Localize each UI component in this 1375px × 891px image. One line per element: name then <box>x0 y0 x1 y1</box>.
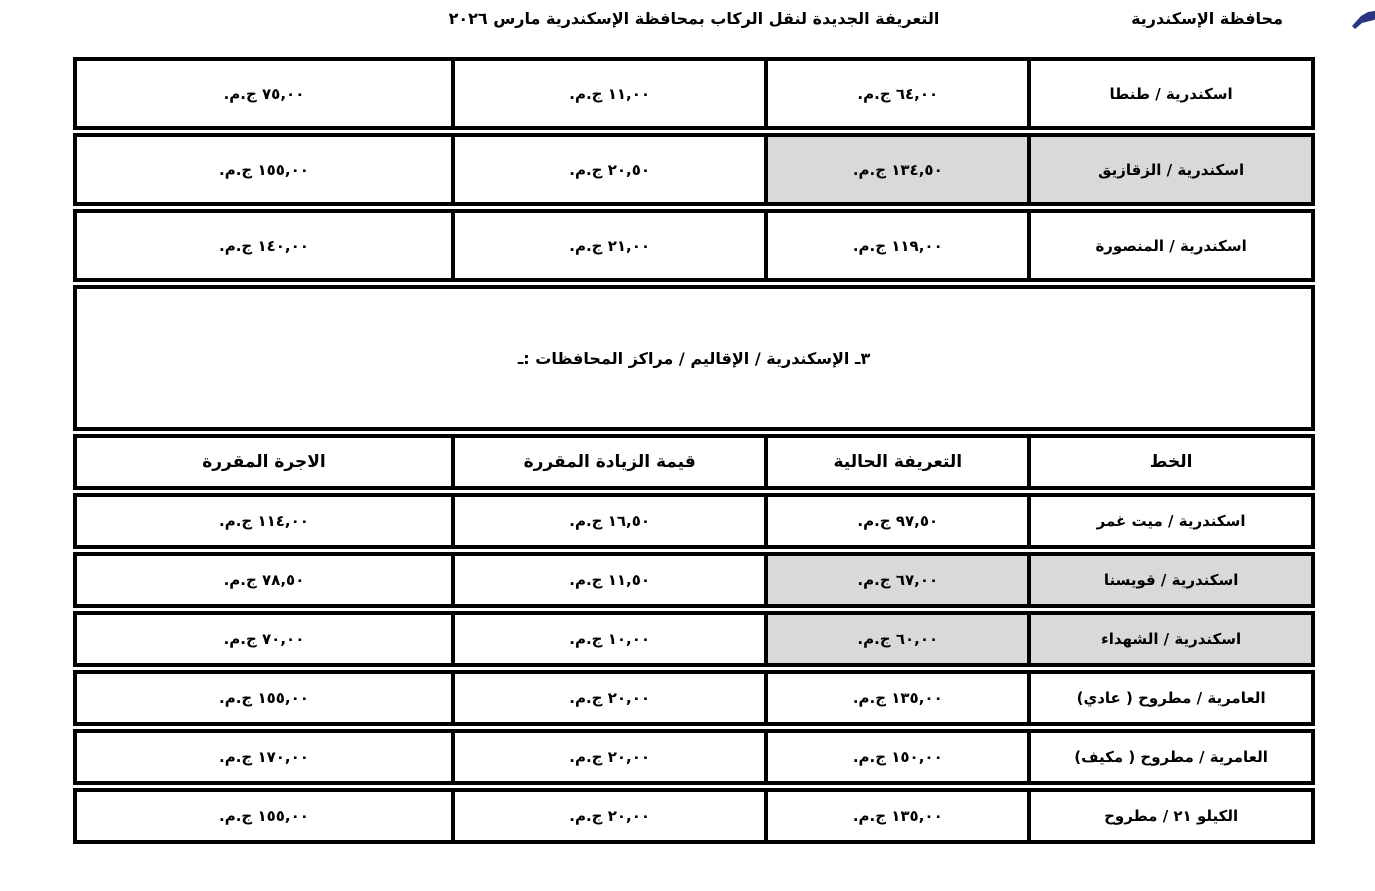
increase-cell: ١١,٠٠ ج.م. <box>451 61 764 126</box>
table-row: الكيلو ٢١ / مطروح ١٣٥,٠٠ ج.م. ٢٠,٠٠ ج.م.… <box>73 788 1315 844</box>
increase-cell: ٢٠,٠٠ ج.م. <box>451 733 764 781</box>
line-cell: العامرية / مطروح ( مكيف) <box>1027 733 1311 781</box>
new-fare-cell: ١١٤,٠٠ ج.م. <box>77 497 451 545</box>
current-tariff-cell: ١٣٤,٥٠ ج.م. <box>764 137 1027 202</box>
increase-cell: ٢٠,٠٠ ج.م. <box>451 792 764 840</box>
line-cell: اسكندرية / الزقازيق <box>1027 137 1311 202</box>
table-row: العامرية / مطروح ( مكيف) ١٥٠,٠٠ ج.م. ٢٠,… <box>73 729 1315 785</box>
current-tariff-cell: ٦٧,٠٠ ج.م. <box>764 556 1027 604</box>
logo-fragment-icon <box>1350 10 1375 34</box>
header-increase: قيمة الزيادة المقررة <box>451 438 764 486</box>
document-title: التعريفة الجديدة لنقل الركاب بمحافظة الإ… <box>73 9 1315 28</box>
header-current-tariff: التعريفة الحالية <box>764 438 1027 486</box>
new-fare-cell: ١٤٠,٠٠ ج.م. <box>77 213 451 278</box>
increase-cell: ١٦,٥٠ ج.م. <box>451 497 764 545</box>
new-fare-cell: ١٥٥,٠٠ ج.م. <box>77 137 451 202</box>
fares-table-top: اسكندرية / طنطا ٦٤,٠٠ ج.م. ١١,٠٠ ج.م. ٧٥… <box>73 57 1315 282</box>
table-row: اسكندرية / الزقازيق ١٣٤,٥٠ ج.م. ٢٠,٥٠ ج.… <box>73 133 1315 206</box>
new-fare-cell: ١٧٠,٠٠ ج.م. <box>77 733 451 781</box>
line-cell: العامرية / مطروح ( عادي) <box>1027 674 1311 722</box>
new-fare-cell: ٧٠,٠٠ ج.م. <box>77 615 451 663</box>
increase-cell: ١٠,٠٠ ج.م. <box>451 615 764 663</box>
table-row: اسكندرية / طنطا ٦٤,٠٠ ج.م. ١١,٠٠ ج.م. ٧٥… <box>73 57 1315 130</box>
fares-table-intercity-rows: اسكندرية / ميت غمر ٩٧,٥٠ ج.م. ١٦,٥٠ ج.م.… <box>73 493 1315 844</box>
table-row: اسكندرية / الشهداء ٦٠,٠٠ ج.م. ١٠,٠٠ ج.م.… <box>73 611 1315 667</box>
document-page: { "header": { "governorate": "محافظة الإ… <box>0 0 1375 891</box>
line-cell: الكيلو ٢١ / مطروح <box>1027 792 1311 840</box>
line-cell: اسكندرية / ميت غمر <box>1027 497 1311 545</box>
new-fare-cell: ١٥٥,٠٠ ج.م. <box>77 792 451 840</box>
increase-cell: ٢٠,٠٠ ج.م. <box>451 674 764 722</box>
table-row: العامرية / مطروح ( عادي) ١٣٥,٠٠ ج.م. ٢٠,… <box>73 670 1315 726</box>
fares-table-intercity: الخط التعريفة الحالية قيمة الزيادة المقر… <box>73 434 1315 844</box>
current-tariff-cell: ١١٩,٠٠ ج.م. <box>764 213 1027 278</box>
section-heading: ٣ـ الإسكندرية / الإقاليم / مراكز المحافظ… <box>77 289 1311 427</box>
table-row: اسكندرية / قويسنا ٦٧,٠٠ ج.م. ١١,٥٠ ج.م. … <box>73 552 1315 608</box>
new-fare-cell: ١٥٥,٠٠ ج.م. <box>77 674 451 722</box>
table-header-row: الخط التعريفة الحالية قيمة الزيادة المقر… <box>73 434 1315 490</box>
increase-cell: ٢١,٠٠ ج.م. <box>451 213 764 278</box>
current-tariff-cell: ١٣٥,٠٠ ج.م. <box>764 674 1027 722</box>
document-body: اسكندرية / طنطا ٦٤,٠٠ ج.م. ١١,٠٠ ج.م. ٧٥… <box>73 57 1315 847</box>
increase-cell: ١١,٥٠ ج.م. <box>451 556 764 604</box>
increase-cell: ٢٠,٥٠ ج.م. <box>451 137 764 202</box>
page-header: محافظة الإسكندرية التعريفة الجديدة لنقل … <box>0 0 1375 57</box>
table-row: اسكندرية / ميت غمر ٩٧,٥٠ ج.م. ١٦,٥٠ ج.م.… <box>73 493 1315 549</box>
header-new-fare: الاجرة المقررة <box>77 438 451 486</box>
section-heading-row: ٣ـ الإسكندرية / الإقاليم / مراكز المحافظ… <box>73 285 1315 431</box>
current-tariff-cell: ٦٤,٠٠ ج.م. <box>764 61 1027 126</box>
line-cell: اسكندرية / قويسنا <box>1027 556 1311 604</box>
current-tariff-cell: ٩٧,٥٠ ج.م. <box>764 497 1027 545</box>
header-line: الخط <box>1027 438 1311 486</box>
current-tariff-cell: ٦٠,٠٠ ج.م. <box>764 615 1027 663</box>
current-tariff-cell: ١٣٥,٠٠ ج.م. <box>764 792 1027 840</box>
line-cell: اسكندرية / الشهداء <box>1027 615 1311 663</box>
new-fare-cell: ٧٨,٥٠ ج.م. <box>77 556 451 604</box>
line-cell: اسكندرية / طنطا <box>1027 61 1311 126</box>
new-fare-cell: ٧٥,٠٠ ج.م. <box>77 61 451 126</box>
line-cell: اسكندرية / المنصورة <box>1027 213 1311 278</box>
current-tariff-cell: ١٥٠,٠٠ ج.م. <box>764 733 1027 781</box>
table-row: اسكندرية / المنصورة ١١٩,٠٠ ج.م. ٢١,٠٠ ج.… <box>73 209 1315 282</box>
